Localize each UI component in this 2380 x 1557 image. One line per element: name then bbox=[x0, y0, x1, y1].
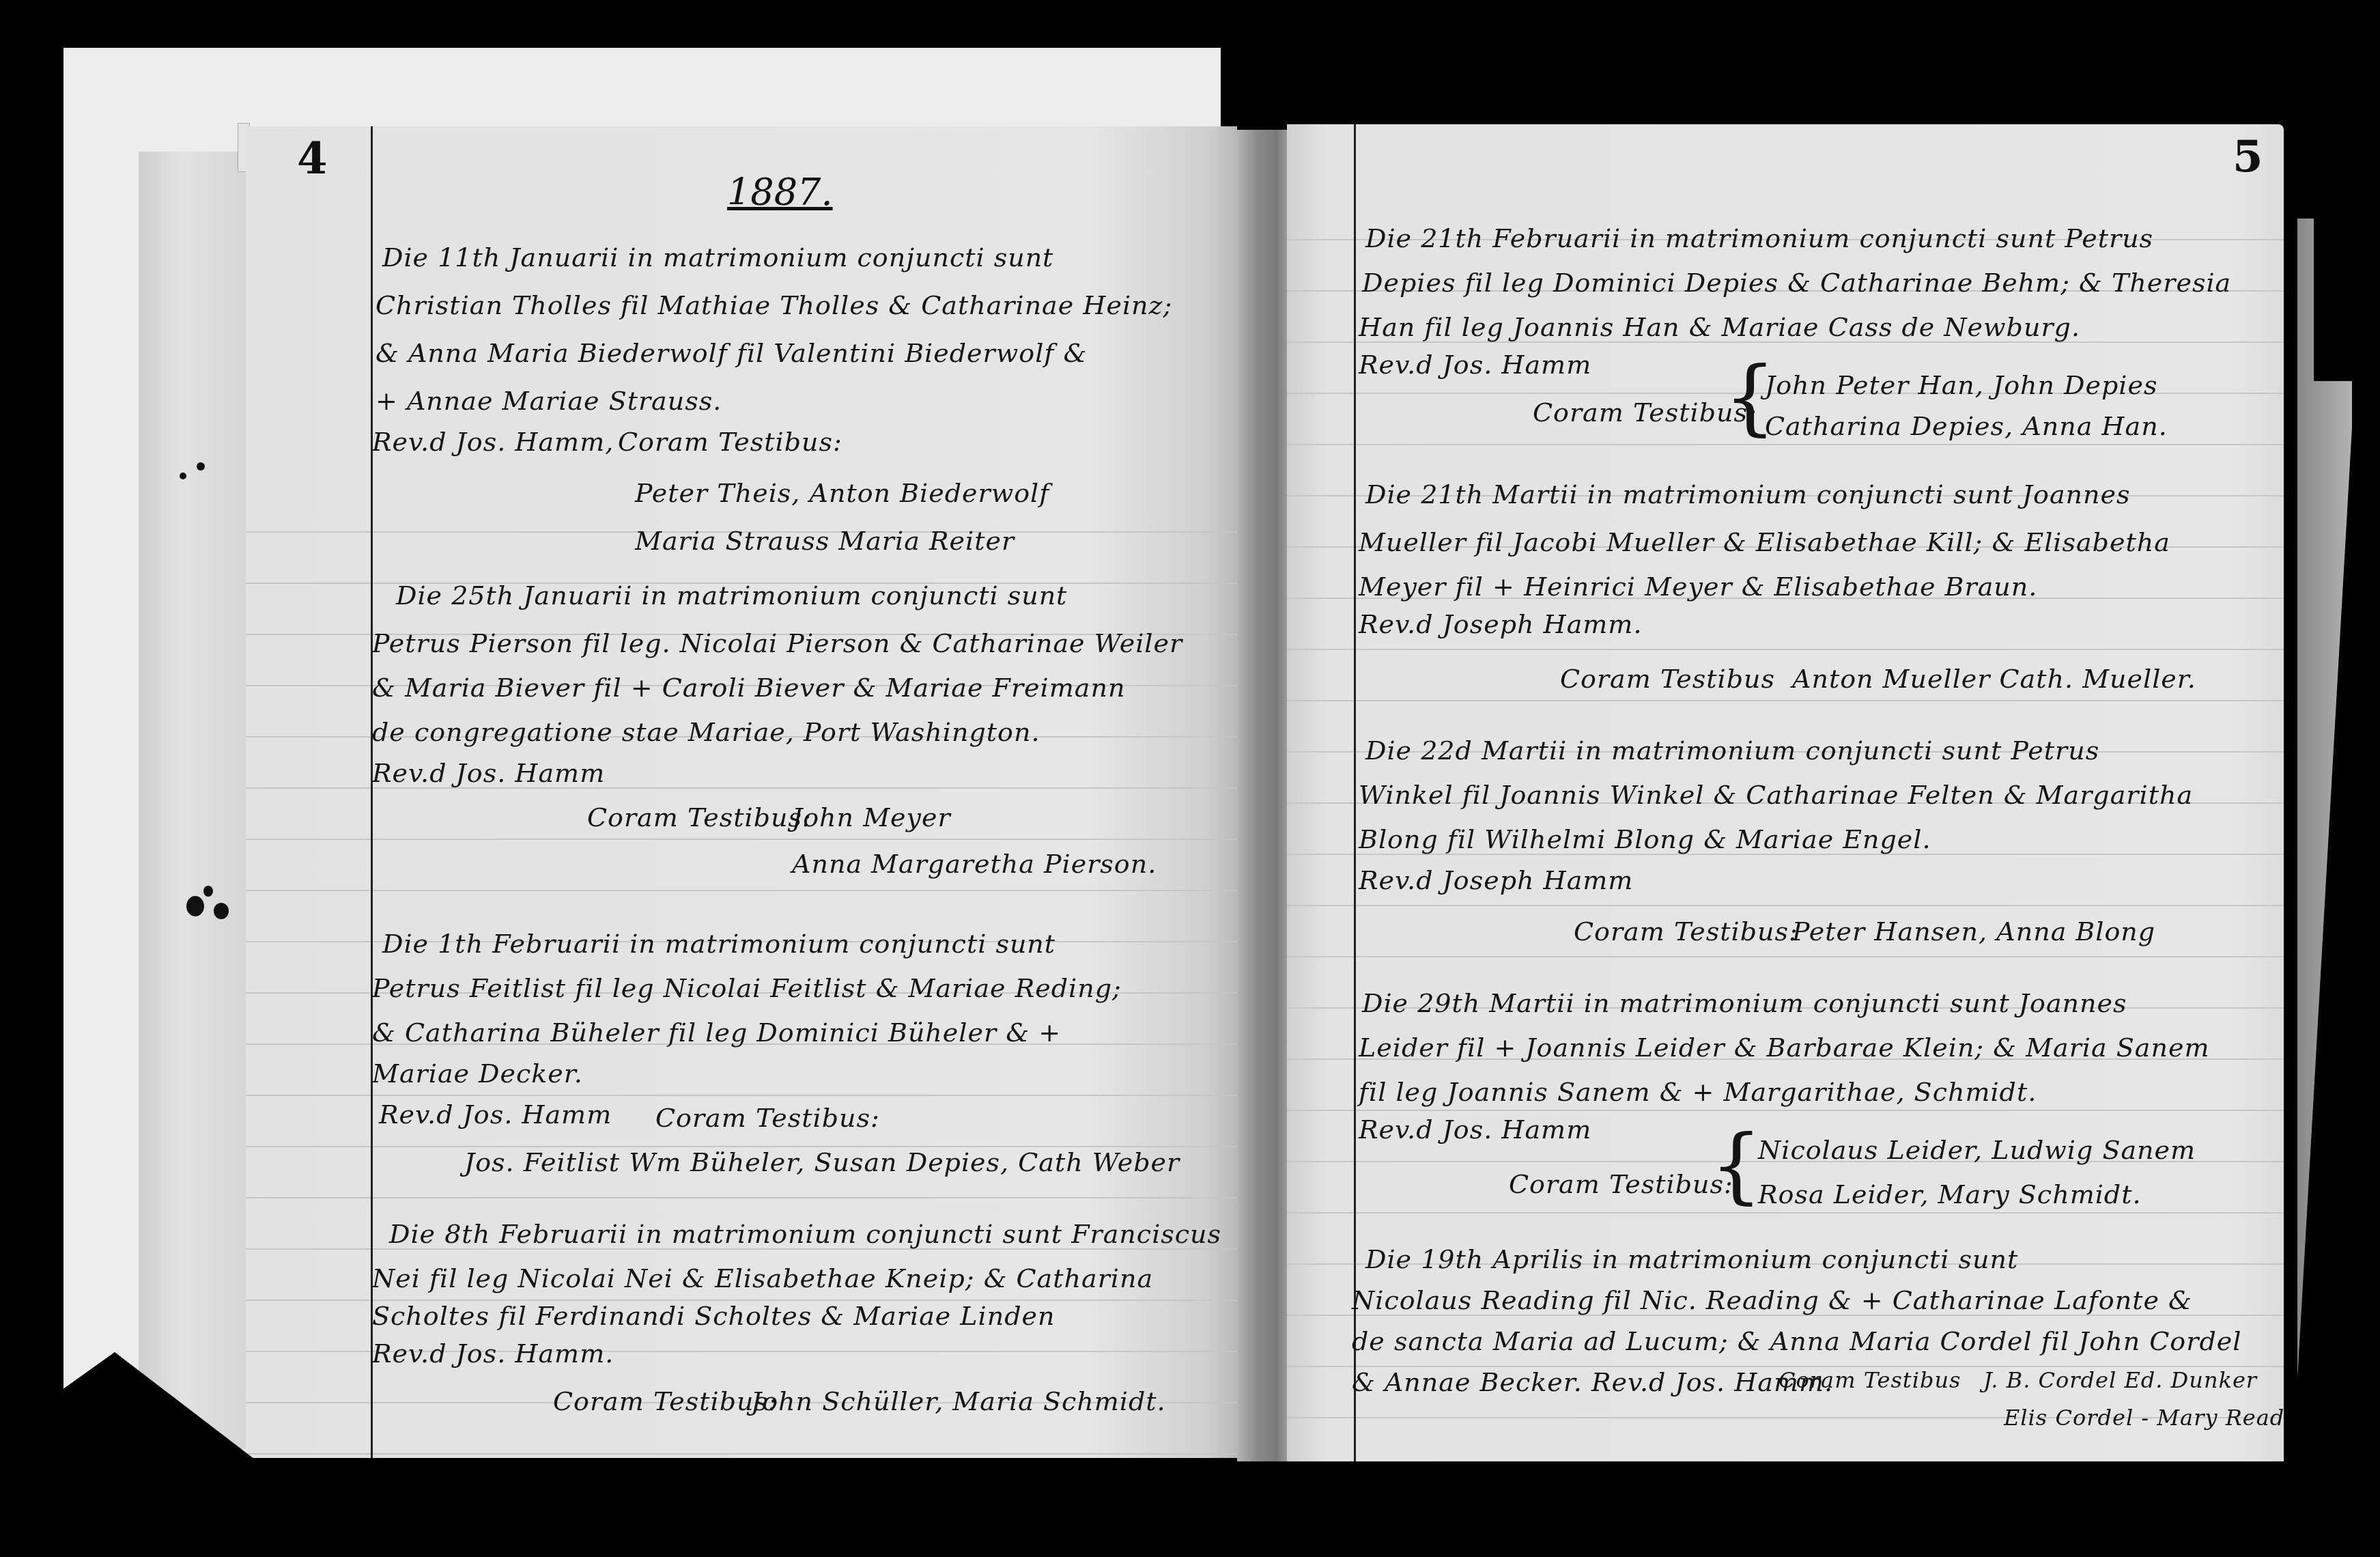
entry-line: fil leg Joannis Sanem & + Margarithae, S… bbox=[1359, 1077, 2037, 1107]
entry-line: Scholtes fil Ferdinandi Scholtes & Maria… bbox=[372, 1301, 1056, 1331]
entry-line: Mueller fil Jacobi Mueller & Elisabethae… bbox=[1359, 527, 2170, 557]
page-number: 5 bbox=[2233, 131, 2263, 182]
margin-line bbox=[1354, 124, 1356, 1461]
entry-line: de congregatione stae Mariae, Port Washi… bbox=[372, 717, 1040, 747]
witness-line: Peter Theis, Anton Biederwolf bbox=[635, 478, 1049, 508]
witness-line: Anton Mueller Cath. Mueller. bbox=[1792, 664, 2196, 694]
witness-label: Coram Testibus: bbox=[1509, 1169, 1733, 1199]
witness-line: Catharina Depies, Anna Han. bbox=[1765, 411, 2168, 441]
entry-line: de sancta Maria ad Lucum; & Anna Maria C… bbox=[1352, 1326, 2241, 1356]
officiant: Rev.d Jos. Hamm bbox=[372, 758, 605, 788]
torn-binding-strip bbox=[139, 152, 246, 1449]
entry-line: Blong fil Wilhelmi Blong & Mariae Engel. bbox=[1359, 824, 1931, 854]
witness-label: Coram Testibus bbox=[1560, 664, 1775, 694]
witness-line: John Peter Han, John Depies bbox=[1765, 370, 2157, 400]
witness-label: Coram Testibus: bbox=[618, 427, 842, 457]
book-spine-gutter bbox=[1237, 130, 1287, 1461]
entry-line: Die 21th Martii in matrimonium conjuncti… bbox=[1365, 479, 2131, 509]
margin-line bbox=[371, 126, 373, 1458]
ink-stain bbox=[197, 462, 205, 471]
entry-line: Leider fil + Joannis Leider & Barbarae K… bbox=[1359, 1033, 2209, 1063]
entry-line: + Annae Mariae Strauss. bbox=[376, 386, 722, 416]
entry-line: Depies fil leg Dominici Depies & Cathari… bbox=[1362, 268, 2231, 298]
ink-stain bbox=[214, 903, 229, 919]
entry-line: Die 29th Martii in matrimonium conjuncti… bbox=[1362, 988, 2127, 1018]
witness-line: Jos. Feitlist Wm Büheler, Susan Depies, … bbox=[464, 1147, 1180, 1177]
witness-line: Peter Hansen, Anna Blong bbox=[1792, 916, 2155, 946]
page-number: 4 bbox=[297, 133, 328, 184]
witness-label: Coram Testibus: bbox=[587, 802, 812, 832]
officiant: Rev.d Jos. Hamm bbox=[1359, 1114, 1591, 1145]
ink-stain bbox=[203, 886, 213, 897]
entry-line: Petrus Pierson fil leg. Nicolai Pierson … bbox=[372, 628, 1182, 658]
right-page: 5 Die 21th Februarii in matrimonium conj… bbox=[1287, 124, 2284, 1461]
officiant: Rev.d Jos. Hamm bbox=[379, 1099, 612, 1130]
entry-line: Die 21th Februarii in matrimonium conjun… bbox=[1365, 223, 2153, 253]
witness-line: Rosa Leider, Mary Schmidt. bbox=[1758, 1179, 2142, 1209]
witness-label: Coram Testibus: bbox=[1574, 916, 1798, 946]
officiant: Rev.d Joseph Hamm bbox=[1359, 865, 1633, 895]
entry-line: Die 22d Martii in matrimonium conjuncti … bbox=[1365, 735, 2099, 766]
witness-line: Maria Strauss Maria Reiter bbox=[635, 526, 1015, 556]
officiant: Rev.d Jos. Hamm bbox=[1359, 350, 1591, 380]
page-edges bbox=[2297, 219, 2352, 1379]
witness-label: Coram Testibus: bbox=[553, 1386, 778, 1416]
witness-line: John Schüller, Maria Schmidt. bbox=[751, 1386, 1166, 1416]
officiant: Rev.d Joseph Hamm. bbox=[1359, 609, 1642, 639]
entry-line: Meyer fil + Heinrici Meyer & Elisabethae… bbox=[1359, 572, 2037, 602]
entry-line: & Anna Maria Biederwolf fil Valentini Bi… bbox=[376, 338, 1087, 368]
witness-line: J. B. Cordel Ed. Dunker bbox=[1983, 1367, 2257, 1393]
officiant: Rev.d Jos. Hamm. bbox=[372, 1338, 614, 1369]
entry-line: Die 25th Januarii in matrimonium conjunc… bbox=[396, 580, 1067, 611]
entry-line: Die 1th Februarii in matrimonium conjunc… bbox=[382, 929, 1056, 959]
entry-line: & Annae Becker. Rev.d Jos. Hamm. bbox=[1352, 1367, 1833, 1397]
witness-line: Elis Cordel - Mary Reading. bbox=[2004, 1405, 2284, 1431]
left-page: 4 1887. Die 11th Januarii in matrimonium… bbox=[246, 126, 1237, 1458]
entry-line: Nicolaus Reading fil Nic. Reading & + Ca… bbox=[1352, 1285, 2192, 1315]
witness-line: Nicolaus Leider, Ludwig Sanem bbox=[1758, 1135, 2196, 1165]
entry-line: Die 11th Januarii in matrimonium conjunc… bbox=[382, 242, 1053, 272]
entry-line: Petrus Feitlist fil leg Nicolai Feitlist… bbox=[372, 973, 1122, 1003]
witness-line: Anna Margaretha Pierson. bbox=[792, 849, 1157, 879]
entry-line: & Maria Biever fil + Caroli Biever & Mar… bbox=[372, 673, 1125, 703]
ink-stain bbox=[186, 896, 204, 916]
entry-line: Han fil leg Joannis Han & Mariae Cass de… bbox=[1359, 312, 2080, 342]
brace: { bbox=[1710, 1125, 1762, 1207]
entry-line: Die 8th Februarii in matrimonium conjunc… bbox=[389, 1219, 1221, 1249]
witness-line: John Meyer bbox=[792, 802, 951, 832]
entry-line: Christian Tholles fil Mathiae Tholles & … bbox=[376, 290, 1172, 320]
entry-line: Winkel fil Joannis Winkel & Catharinae F… bbox=[1359, 780, 2193, 810]
year-heading: 1887. bbox=[727, 171, 833, 214]
witness-label: Coram Testibus bbox=[1779, 1367, 1961, 1393]
entry-line: Mariae Decker. bbox=[372, 1058, 583, 1089]
officiant: Rev.d Jos. Hamm, bbox=[372, 427, 614, 457]
entry-line: Nei fil leg Nicolai Nei & Elisabethae Kn… bbox=[372, 1263, 1153, 1293]
ink-stain bbox=[180, 473, 186, 479]
witness-label: Coram Testibus: bbox=[655, 1103, 880, 1133]
entry-line: & Catharina Büheler fil leg Dominici Büh… bbox=[372, 1018, 1061, 1048]
entry-line: Die 19th Aprilis in matrimonium conjunct… bbox=[1365, 1244, 2018, 1274]
